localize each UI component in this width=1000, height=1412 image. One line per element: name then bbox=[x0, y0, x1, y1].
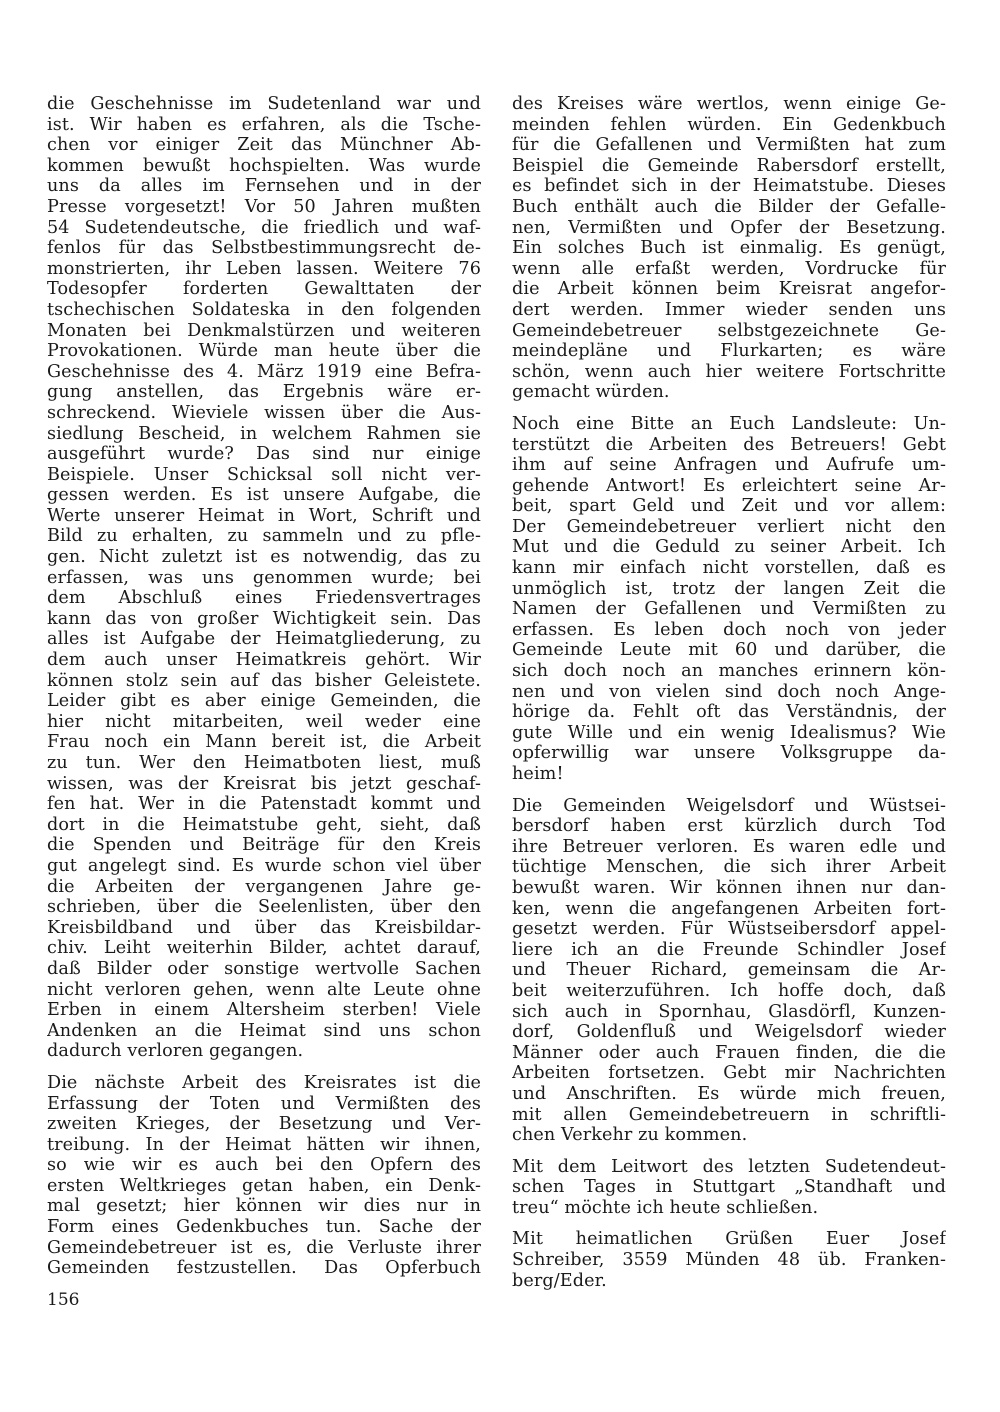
paragraph: Mit dem Leitwort des letzten Sudetendeut… bbox=[512, 1157, 946, 1219]
text-line: wissen, was der Kreisrat bis jetzt gesch… bbox=[47, 774, 481, 795]
text-line: Gemeinde Leute mit 60 und darüber, die bbox=[512, 640, 946, 661]
text-line: fen hat. Wer in die Patenstadt kommt und bbox=[47, 794, 481, 815]
text-line: meindepläne und Flurkarten; es wäre bbox=[512, 341, 946, 362]
text-line: Arbeiten fortsetzen. Gebt mir Nachrichte… bbox=[512, 1063, 946, 1084]
paragraph: des Kreises wäre wertlos, wenn einige Ge… bbox=[512, 94, 946, 403]
text-line: Mit dem Leitwort des letzten Sudetendeut… bbox=[512, 1157, 946, 1178]
text-line: ihre Betreuer verloren. Es waren edle un… bbox=[512, 837, 946, 858]
text-line: 54 Sudetendeutsche, die friedlich und wa… bbox=[47, 218, 481, 239]
text-line: erfassen, was uns genommen wurde; bei bbox=[47, 568, 481, 589]
paragraph: Noch eine Bitte an Euch Landsleute: Un-t… bbox=[512, 414, 946, 785]
text-line: Provokationen. Würde man heute über die bbox=[47, 341, 481, 362]
text-line: die Arbeiten der vergangenen Jahre ge- bbox=[47, 877, 481, 898]
text-line: beit, spart Geld und Zeit und vor allem: bbox=[512, 496, 946, 517]
text-line: Buch enthält auch die Bilder der Gefalle… bbox=[512, 197, 946, 218]
text-line: Der Gemeindebetreuer verliert nicht den bbox=[512, 517, 946, 538]
text-line: nen, Vermißten und Opfer der Besetzung. bbox=[512, 218, 946, 239]
text-line: für die Gefallenen und Vermißten hat zum bbox=[512, 135, 946, 156]
text-line: schen Tages in Stuttgart „Standhaft und bbox=[512, 1177, 946, 1198]
text-line: Gemeindebetreuer selbstgezeichnete Ge- bbox=[512, 321, 946, 342]
text-line: die Geschehnisse im Sudetenland war und bbox=[47, 94, 481, 115]
text-line: und Theuer Richard, gemeinsam die Ar- bbox=[512, 960, 946, 981]
text-line: schreckend. Wieviele wissen über die Aus… bbox=[47, 403, 481, 424]
text-line: Schreiber, 3559 Münden 48 üb. Franken- bbox=[512, 1250, 946, 1271]
text-line: mal gesetzt; hier können wir dies nur in bbox=[47, 1196, 481, 1217]
text-line: dem auch unser Heimatkreis gehört. Wir bbox=[47, 650, 481, 671]
paragraph: Die nächste Arbeit des Kreisrates ist di… bbox=[47, 1073, 481, 1279]
text-line: mit allen Gemeindebetreuern in schriftli… bbox=[512, 1105, 946, 1126]
text-line: gen. Nicht zuletzt ist es notwendig, das… bbox=[47, 547, 481, 568]
text-line: terstützt die Arbeiten des Betreuers! Ge… bbox=[512, 435, 946, 456]
text-line: die Spenden und Beiträge für den Kreis bbox=[47, 835, 481, 856]
text-line: des Kreises wäre wertlos, wenn einige Ge… bbox=[512, 94, 946, 115]
text-line: Noch eine Bitte an Euch Landsleute: Un- bbox=[512, 414, 946, 435]
text-line: Gemeinden festzustellen. Das Opferbuch bbox=[47, 1258, 481, 1279]
text-line: bewußt waren. Wir können ihnen nur dan- bbox=[512, 878, 946, 899]
text-line: gesetzt werden. Für Wüstseibersdorf appe… bbox=[512, 919, 946, 940]
text-line: schön, wenn auch hier weitere Fortschrit… bbox=[512, 362, 946, 383]
text-line: es befindet sich in der Heimatstube. Die… bbox=[512, 176, 946, 197]
text-line: zweiten Krieges, der Besetzung und Ver- bbox=[47, 1114, 481, 1135]
text-line: kann das von großer Wichtigkeit sein. Da… bbox=[47, 609, 481, 630]
text-line: chiv. Leiht weiterhin Bilder, achtet dar… bbox=[47, 938, 481, 959]
text-line: dert werden. Immer wieder senden uns bbox=[512, 300, 946, 321]
text-line: Monaten bei Denkmalstürzen und weiteren bbox=[47, 321, 481, 342]
text-line: ausgeführt wurde? Das sind nur einige bbox=[47, 444, 481, 465]
text-line: ihm auf seine Anfragen und Aufrufe um- bbox=[512, 455, 946, 476]
text-line: erfassen. Es leben doch noch von jeder bbox=[512, 620, 946, 641]
text-line: meinden fehlen würden. Ein Gedenkbuch bbox=[512, 115, 946, 136]
text-line: Die Gemeinden Weigelsdorf und Wüstsei- bbox=[512, 796, 946, 817]
text-line: daß Bilder oder sonstige wertvolle Sache… bbox=[47, 959, 481, 980]
text-line: Gemeindebetreuer ist es, die Verluste ih… bbox=[47, 1238, 481, 1259]
paragraph: die Geschehnisse im Sudetenland war undi… bbox=[47, 94, 481, 1062]
text-line: kann mir einfach nicht vorstellen, daß e… bbox=[512, 558, 946, 579]
text-line: dem Abschluß eines Friedensvertrages bbox=[47, 588, 481, 609]
text-line: Werte unserer Heimat in Wort, Schrift un… bbox=[47, 506, 481, 527]
text-line: können stolz sein auf das bisher Geleist… bbox=[47, 671, 481, 692]
text-line: ist. Wir haben es erfahren, als die Tsch… bbox=[47, 115, 481, 136]
text-line: sich doch noch an manches erinnern kön- bbox=[512, 661, 946, 682]
document-page: die Geschehnisse im Sudetenland war undi… bbox=[0, 0, 1000, 1412]
text-line: Beispiele. Unser Schicksal soll nicht ve… bbox=[47, 465, 481, 486]
text-line: Erfassung der Toten und Vermißten des bbox=[47, 1094, 481, 1115]
text-line: Leider gibt es aber einige Gemeinden, di… bbox=[47, 691, 481, 712]
text-line: Die nächste Arbeit des Kreisrates ist di… bbox=[47, 1073, 481, 1094]
text-line: gemacht würden. bbox=[512, 382, 946, 403]
text-line: Kreisbildband und über das Kreisbildar- bbox=[47, 918, 481, 939]
text-line: Erben in einem Altersheim sterben! Viele bbox=[47, 1000, 481, 1021]
text-line: Geschehnisse des 4. März 1919 eine Befra… bbox=[47, 362, 481, 383]
text-line: Frau noch ein Mann bereit ist, die Arbei… bbox=[47, 732, 481, 753]
text-line: alles ist Aufgabe der Heimatgliederung, … bbox=[47, 629, 481, 650]
right-text-column: des Kreises wäre wertlos, wenn einige Ge… bbox=[512, 94, 946, 1302]
text-line: dadurch verloren gegangen. bbox=[47, 1041, 481, 1062]
text-line: Presse vorgesetzt! Vor 50 Jahren mußten bbox=[47, 197, 481, 218]
text-line: treibung. In der Heimat hätten wir ihnen… bbox=[47, 1135, 481, 1156]
text-line: opferwillig war unsere Volksgruppe da- bbox=[512, 743, 946, 764]
text-line: unmöglich ist, trotz der langen Zeit die bbox=[512, 579, 946, 600]
text-line: so wie wir es auch bei den Opfern des bbox=[47, 1155, 481, 1176]
page-number: 156 bbox=[47, 1290, 79, 1310]
text-line: nen und von vielen sind doch noch Ange- bbox=[512, 682, 946, 703]
text-line: sich auch in Spornhau, Glasdörfl, Kunzen… bbox=[512, 1002, 946, 1023]
text-line: monstrierten, ihr Leben lassen. Weitere … bbox=[47, 259, 481, 280]
text-line: zu tun. Wer den Heimatboten liest, muß bbox=[47, 753, 481, 774]
text-line: dorf, Goldenfluß und Weigelsdorf wieder bbox=[512, 1022, 946, 1043]
text-line: treu“ möchte ich heute schließen. bbox=[512, 1198, 946, 1219]
text-line: Todesopfer forderten Gewalttaten der bbox=[47, 279, 481, 300]
text-line: fenlos für das Selbstbestimmungsrecht de… bbox=[47, 238, 481, 259]
text-line: siedlung Bescheid, in welchem Rahmen sie bbox=[47, 424, 481, 445]
text-line: bersdorf haben erst kürzlich durch Tod bbox=[512, 816, 946, 837]
text-line: nicht verloren gehen, wenn alte Leute oh… bbox=[47, 980, 481, 1001]
text-line: Mut und die Geduld zu seiner Arbeit. Ich bbox=[512, 537, 946, 558]
text-line: schrieben, über die Seelenlisten, über d… bbox=[47, 897, 481, 918]
text-line: tüchtige Menschen, die sich ihrer Arbeit bbox=[512, 857, 946, 878]
text-line: chen vor einiger Zeit das Münchner Ab- bbox=[47, 135, 481, 156]
text-line: berg/Eder. bbox=[512, 1271, 946, 1292]
left-text-column: die Geschehnisse im Sudetenland war undi… bbox=[47, 94, 481, 1290]
text-line: beit weiterzuführen. Ich hoffe doch, daß bbox=[512, 981, 946, 1002]
text-line: gessen werden. Es ist unsere Aufgabe, di… bbox=[47, 485, 481, 506]
text-line: Andenken an die Heimat sind uns schon bbox=[47, 1021, 481, 1042]
paragraph: Die Gemeinden Weigelsdorf und Wüstsei-be… bbox=[512, 796, 946, 1146]
text-line: Form eines Gedenkbuches tun. Sache der bbox=[47, 1217, 481, 1238]
text-line: wenn alle erfaßt werden, Vordrucke für bbox=[512, 259, 946, 280]
text-line: gute Wille und ein wenig Idealismus? Wie bbox=[512, 723, 946, 744]
text-line: heim! bbox=[512, 764, 946, 785]
text-line: gut angelegt sind. Es wurde schon viel ü… bbox=[47, 856, 481, 877]
text-line: ken, wenn die angefangenen Arbeiten fort… bbox=[512, 899, 946, 920]
text-line: uns da alles im Fernsehen und in der bbox=[47, 176, 481, 197]
text-line: und Anschriften. Es würde mich freuen, bbox=[512, 1084, 946, 1105]
text-line: liere ich an die Freunde Schindler Josef bbox=[512, 940, 946, 961]
text-line: dort in die Heimatstube geht, sieht, daß bbox=[47, 815, 481, 836]
text-line: hier nicht mitarbeiten, weil weder eine bbox=[47, 712, 481, 733]
text-line: Ein solches Buch ist einmalig. Es genügt… bbox=[512, 238, 946, 259]
text-line: Männer oder auch Frauen finden, die die bbox=[512, 1043, 946, 1064]
text-line: gehende Antwort! Es erleichtert seine Ar… bbox=[512, 476, 946, 497]
text-line: die Arbeit können beim Kreisrat angefor- bbox=[512, 279, 946, 300]
text-line: kommen bewußt hochspielten. Was wurde bbox=[47, 156, 481, 177]
text-line: Namen der Gefallenen und Vermißten zu bbox=[512, 599, 946, 620]
text-line: hörige da. Fehlt oft das Verständnis, de… bbox=[512, 702, 946, 723]
text-line: ersten Weltkrieges getan haben, ein Denk… bbox=[47, 1176, 481, 1197]
text-line: tschechischen Soldateska in den folgende… bbox=[47, 300, 481, 321]
paragraph: Mit heimatlichen Grüßen Euer JosefSchrei… bbox=[512, 1229, 946, 1291]
text-line: Beispiel die Gemeinde Rabersdorf erstell… bbox=[512, 156, 946, 177]
text-line: Bild zu erhalten, zu sammeln und zu pfle… bbox=[47, 526, 481, 547]
text-line: Mit heimatlichen Grüßen Euer Josef bbox=[512, 1229, 946, 1250]
text-line: chen Verkehr zu kommen. bbox=[512, 1125, 946, 1146]
text-line: gung anstellen, das Ergebnis wäre er- bbox=[47, 382, 481, 403]
